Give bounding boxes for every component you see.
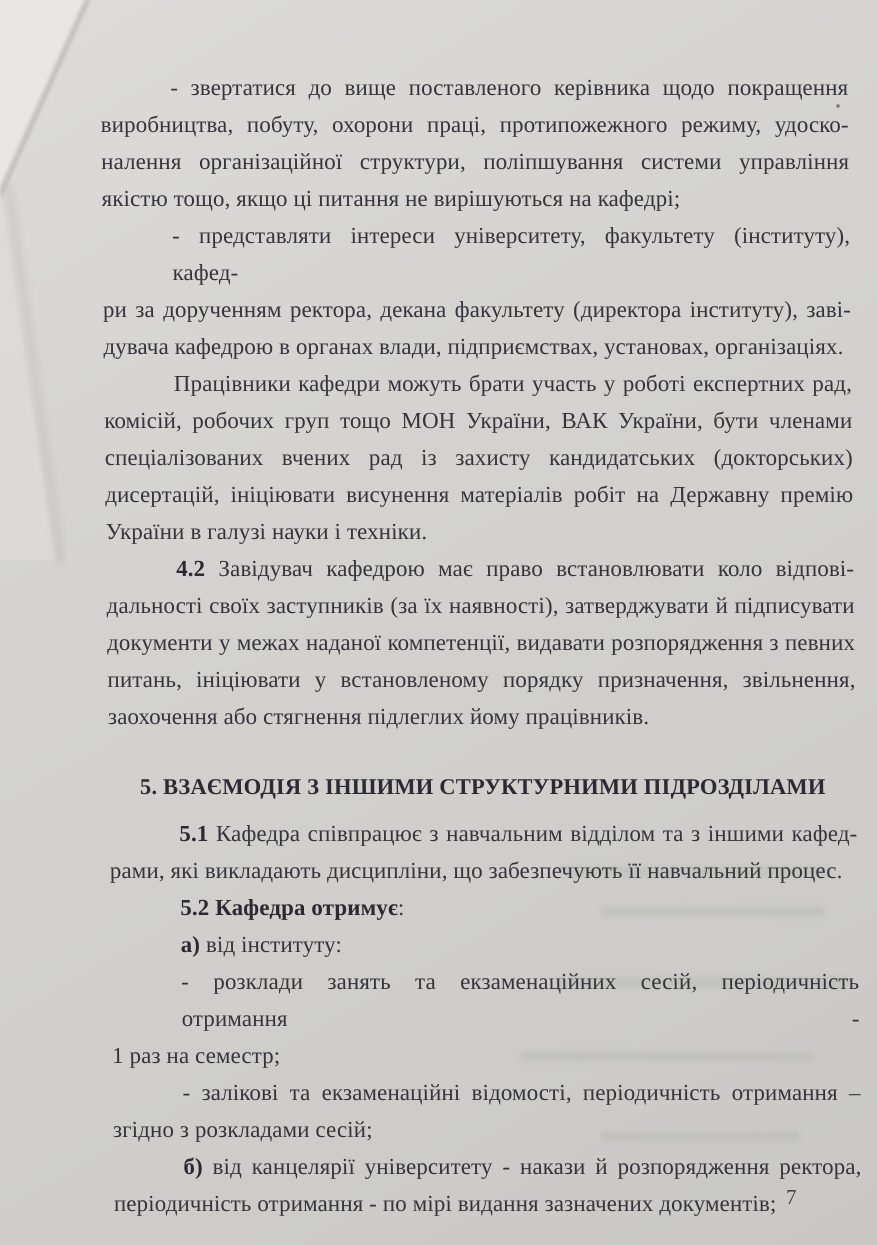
sheet-edge-shadow (0, 0, 88, 198)
text-line: - звертатися до вище поставленого керівн… (100, 69, 848, 106)
paragraph: 4.2 Завідувач кафедрою має право встанов… (106, 550, 856, 735)
paragraph: - залікові та екзаменаційні відомості, п… (112, 1074, 861, 1148)
text-line: Працівники кафедри можуть брати участь у… (104, 365, 852, 402)
paragraph: б) від канцелярії університету - накази … (113, 1148, 862, 1222)
paragraph: - представляти інтереси університету, фа… (102, 217, 852, 365)
text-line: виробництва, побуту, охорони праці, прот… (100, 106, 848, 143)
text-line: - розклади занять та екзаменаційних сесі… (111, 963, 860, 1037)
text-line: періодичність отримання - по мірі виданн… (114, 1185, 862, 1222)
page-number: 7 (786, 1185, 797, 1210)
page-edge-soft-shadow (8, 182, 62, 566)
page-edge-highlight (0, 185, 55, 560)
text-line: 5.2 Кафедра отримує: (110, 889, 858, 926)
text-line: заохочення або стягнення підлеглих йому … (108, 698, 856, 735)
paragraph: - розклади занять та екзаменаційних сесі… (111, 963, 860, 1074)
list-marker: б) (183, 1154, 203, 1179)
text-line: дальності своїх заступників (за їх наявн… (106, 587, 854, 624)
paragraph: а) від інституту: (110, 926, 858, 963)
clause-number: 5.1 (179, 821, 208, 846)
text-line: дувача кафедрою в органах влади, підприє… (103, 328, 851, 365)
text-line: - представляти інтереси університету, фа… (102, 217, 851, 291)
text-line: 1 раз на семестр; (112, 1037, 860, 1074)
clause-number: 5.2 Кафедра отримує (180, 895, 398, 920)
text-line: рами, які викладають дисципліни, що забе… (110, 852, 858, 889)
text-line: України в галузі науки і техніки. (105, 513, 853, 550)
text-line: налення організаційної структури, поліпш… (101, 143, 849, 180)
text-line: - залікові та екзаменаційні відомості, п… (112, 1074, 860, 1111)
paragraph: 5.1 Кафедра співпрацює з навчальним відд… (109, 815, 858, 889)
paragraph: - звертатися до вище поставленого керівн… (100, 69, 850, 217)
text-line: а) від інституту: (110, 926, 858, 963)
text-line: ри за дорученням ректора, декана факульт… (103, 291, 851, 328)
text-line: 4.2 Завідувач кафедрою має право встанов… (106, 550, 854, 587)
document-text-block: - звертатися до вище поставленого керівн… (100, 69, 862, 1222)
paragraph: 5.2 Кафедра отримує: (110, 889, 858, 926)
clause-number: 4.2 (176, 556, 205, 581)
paragraph: Працівники кафедри можуть брати участь у… (104, 365, 854, 550)
text-line: питань, ініціювати у встановленому поряд… (107, 661, 855, 698)
text-line: б) від канцелярії університету - накази … (113, 1148, 861, 1185)
text-line: комісій, робочих груп тощо МОН України, … (104, 402, 852, 439)
underlying-sheet (0, 0, 88, 196)
scanned-document-page: - звертатися до вище поставленого керівн… (0, 0, 877, 1245)
text-line: згідно з розкладами сесій; (113, 1111, 861, 1148)
list-marker: а) (181, 932, 201, 957)
text-line: 5.1 Кафедра співпрацює з навчальним відд… (109, 815, 857, 852)
text-line: якістю тощо, якщо ці питання не вирішуют… (101, 180, 849, 217)
section-heading: 5. ВЗАЄМОДІЯ З ІНШИМИ СТРУКТУРНИМИ ПІДРО… (109, 768, 857, 805)
text-line: спеціалізованих вчених рад із захисту ка… (105, 439, 853, 476)
text-line: документи у межах наданої компетенції, в… (107, 624, 855, 661)
text-line: дисертацій, ініціювати висунення матеріа… (105, 476, 853, 513)
